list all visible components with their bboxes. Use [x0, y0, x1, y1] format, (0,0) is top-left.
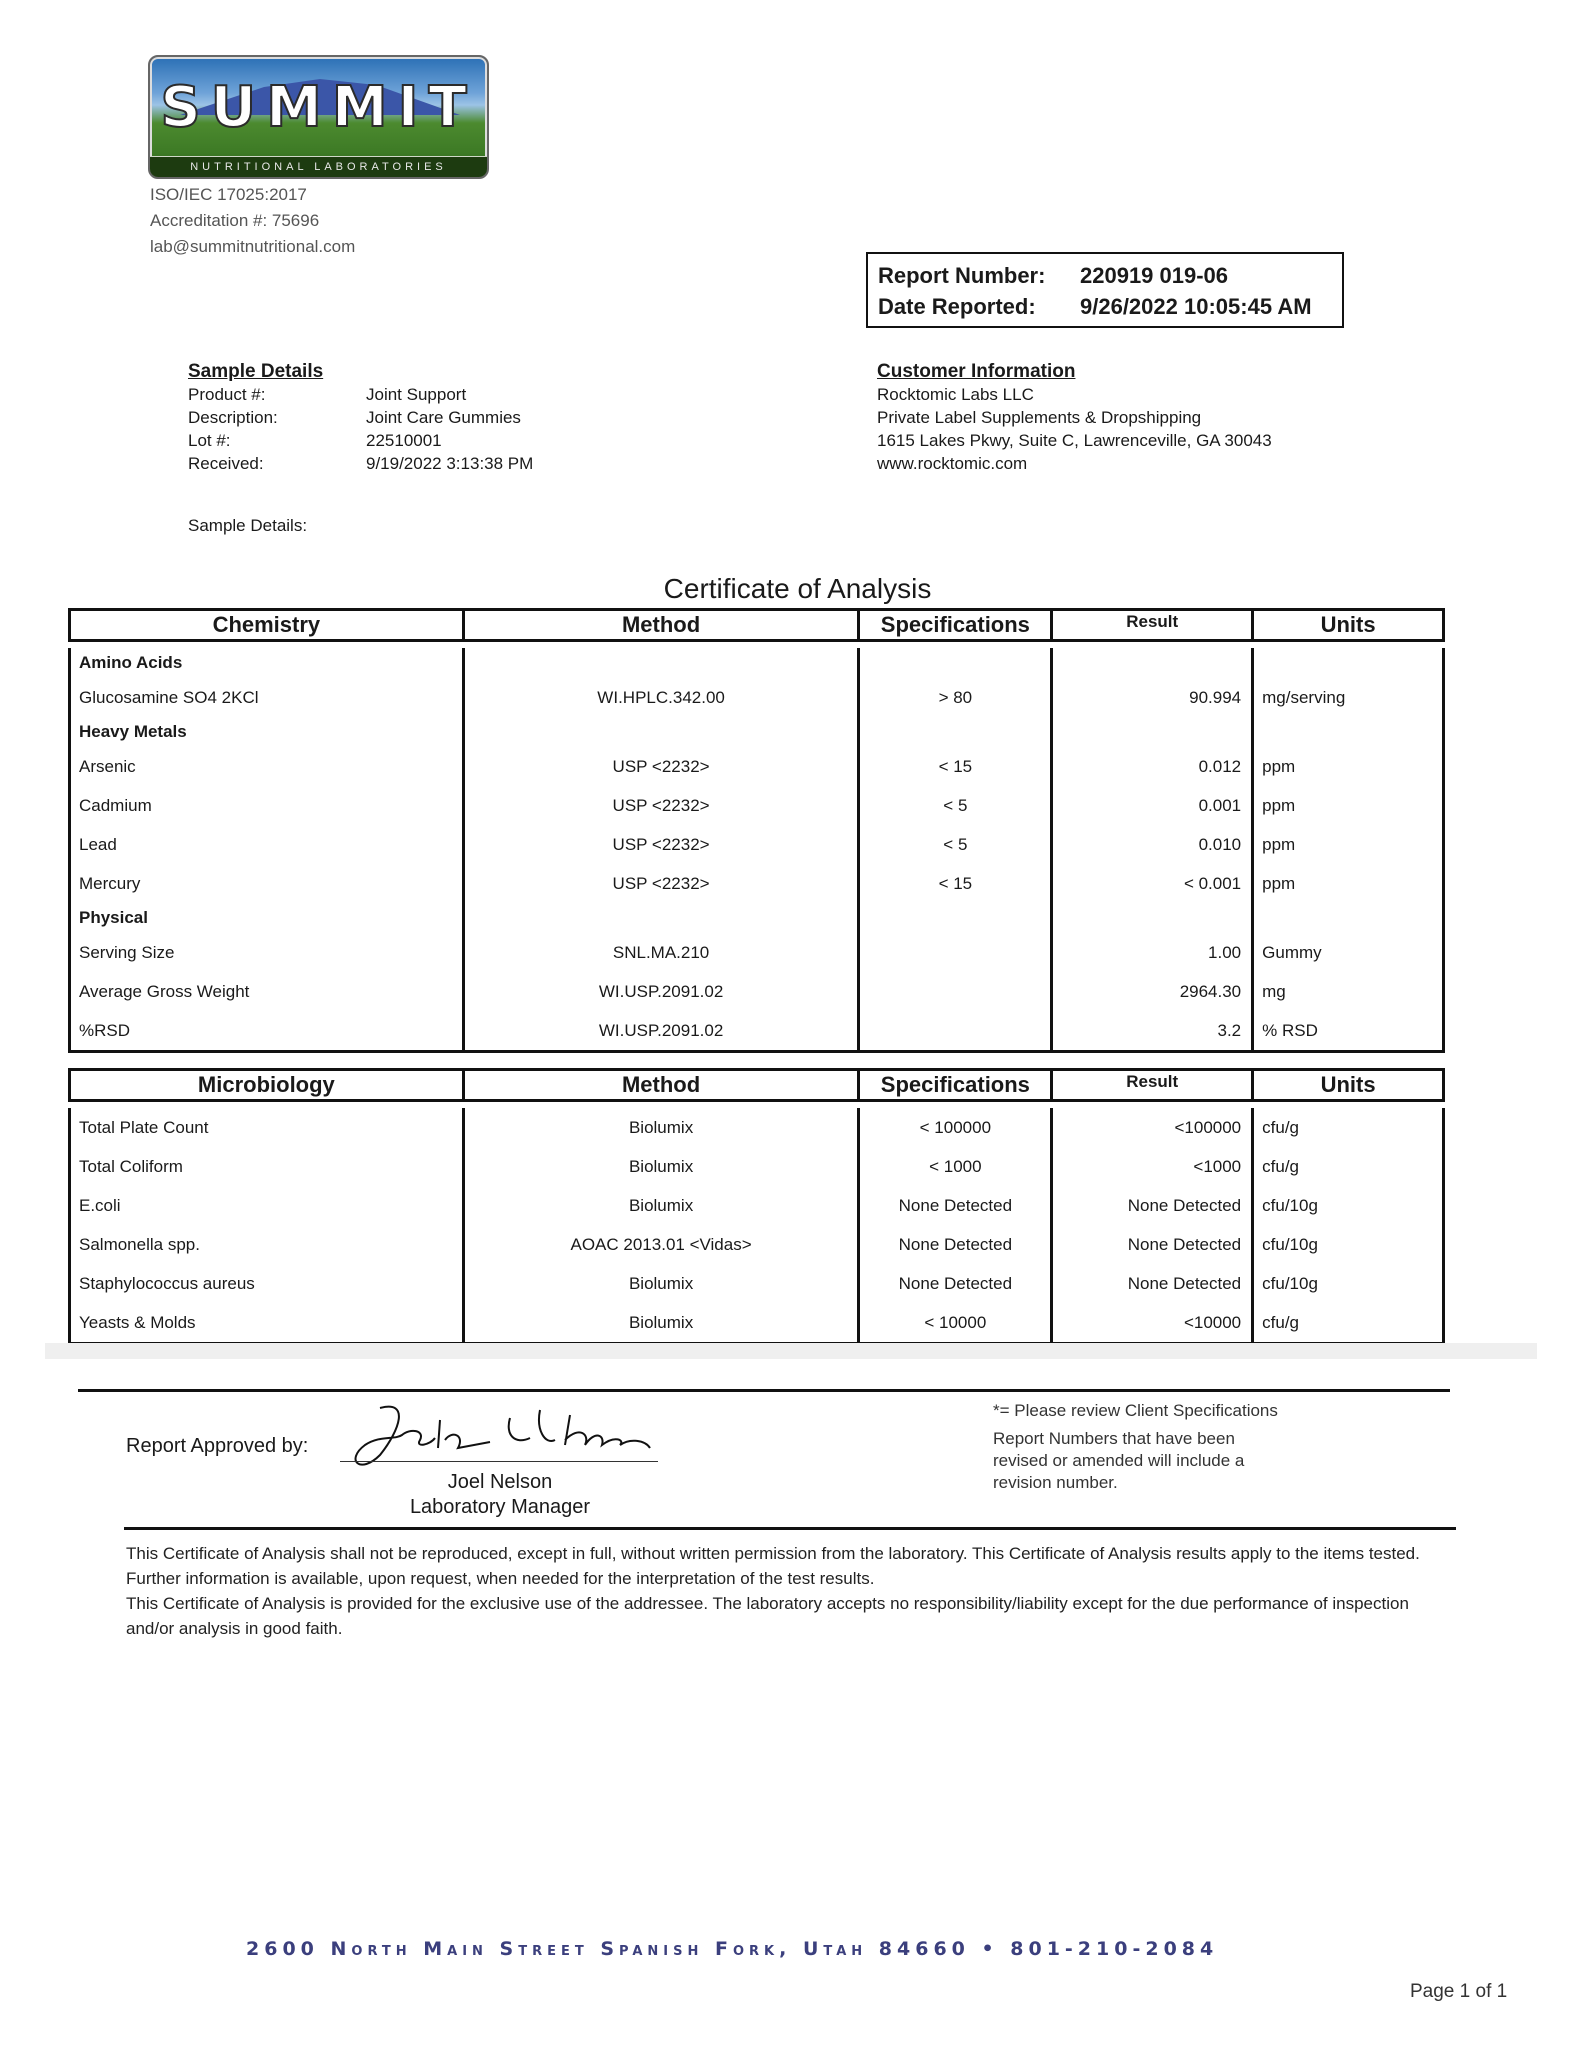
method: USP <2232> — [463, 864, 859, 903]
table-row: Serving Size SNL.MA.210 1.00 Gummy — [70, 933, 1444, 972]
certificate-title: Certificate of Analysis — [0, 573, 1583, 605]
sample-field-value: Joint Care Gummies — [366, 406, 521, 429]
sample-field: Received:9/19/2022 3:13:38 PM — [188, 452, 533, 475]
analyte: Staphylococcus aureus — [70, 1264, 464, 1303]
units: mg/serving — [1253, 678, 1444, 717]
analyte: Arsenic — [70, 747, 464, 786]
header-units: Units — [1253, 610, 1444, 641]
sample-details-title: Sample Details — [188, 360, 533, 383]
result: < 0.001 — [1052, 864, 1253, 903]
method: WI.HPLC.342.00 — [463, 678, 859, 717]
method: Biolumix — [463, 1147, 859, 1186]
specification: None Detected — [859, 1264, 1052, 1303]
method: AOAC 2013.01 <Vidas> — [463, 1225, 859, 1264]
method: Biolumix — [463, 1186, 859, 1225]
analyte: %RSD — [70, 1011, 464, 1052]
signature-line — [340, 1461, 658, 1462]
specification: < 15 — [859, 864, 1052, 903]
client-spec-note: *= Please review Client Specifications — [993, 1400, 1283, 1422]
customer-line: Rocktomic Labs LLC — [877, 383, 1272, 406]
table-row: Arsenic USP <2232> < 15 0.012 ppm — [70, 747, 1444, 786]
result: <1000 — [1052, 1147, 1253, 1186]
header-method: Method — [463, 1070, 859, 1101]
specification: < 5 — [859, 825, 1052, 864]
revision-note: Report Numbers that have been revised or… — [993, 1428, 1283, 1494]
specification — [859, 1011, 1052, 1052]
table-row: E.coli Biolumix None Detected None Detec… — [70, 1186, 1444, 1225]
method: WI.USP.2091.02 — [463, 972, 859, 1011]
units: cfu/g — [1253, 1303, 1444, 1344]
specification: < 1000 — [859, 1147, 1052, 1186]
result: None Detected — [1052, 1225, 1253, 1264]
method: SNL.MA.210 — [463, 933, 859, 972]
summit-logo: SUMMIT NUTRITIONAL LABORATORIES — [148, 55, 489, 179]
result: <10000 — [1052, 1303, 1253, 1344]
result: <100000 — [1052, 1108, 1253, 1147]
specification: < 5 — [859, 786, 1052, 825]
signature-icon — [340, 1400, 660, 1475]
signer-title: Laboratory Manager — [340, 1495, 660, 1520]
table-row: Average Gross Weight WI.USP.2091.02 2964… — [70, 972, 1444, 1011]
chemistry-table: Chemistry Method Specifications Result U… — [68, 608, 1445, 1053]
header-specifications: Specifications — [859, 1070, 1052, 1101]
microbiology-table: Microbiology Method Specifications Resul… — [68, 1068, 1445, 1345]
analyte: Lead — [70, 825, 464, 864]
method: Biolumix — [463, 1264, 859, 1303]
units: cfu/g — [1253, 1147, 1444, 1186]
header-chemistry: Chemistry — [70, 610, 464, 641]
sample-field-label: Lot #: — [188, 429, 366, 452]
analyte: Glucosamine SO4 2KCl — [70, 678, 464, 717]
sample-field-label: Received: — [188, 452, 366, 475]
group-label: Physical — [70, 903, 464, 933]
page-number: Page 1 of 1 — [1410, 1981, 1507, 2003]
analyte: Mercury — [70, 864, 464, 903]
units: ppm — [1253, 825, 1444, 864]
specification: < 100000 — [859, 1108, 1052, 1147]
group-row: Physical — [70, 903, 1444, 933]
customer-line: 1615 Lakes Pkwy, Suite C, Lawrenceville,… — [877, 429, 1272, 452]
customer-info-title: Customer Information — [877, 360, 1272, 383]
group-row: Amino Acids — [70, 648, 1444, 678]
group-row: Heavy Metals — [70, 717, 1444, 747]
method: USP <2232> — [463, 786, 859, 825]
divider — [124, 1527, 1456, 1530]
sample-field-value: Joint Support — [366, 383, 466, 406]
report-number: 220919 019-06 — [1080, 260, 1228, 291]
specification: None Detected — [859, 1225, 1052, 1264]
report-info-box: Report Number:220919 019-06 Date Reporte… — [866, 252, 1344, 328]
sample-details-note: Sample Details: — [188, 516, 307, 536]
report-notes: *= Please review Client Specifications R… — [993, 1400, 1283, 1494]
table-row: Yeasts & Molds Biolumix < 10000 <10000 c… — [70, 1303, 1444, 1344]
header-specifications: Specifications — [859, 610, 1052, 641]
iso-accreditation: ISO/IEC 17025:2017 — [150, 182, 355, 208]
logo-tagline: NUTRITIONAL LABORATORIES — [150, 156, 487, 177]
result: 0.012 — [1052, 747, 1253, 786]
header-result: Result — [1052, 610, 1253, 641]
analyte: Average Gross Weight — [70, 972, 464, 1011]
specification: < 10000 — [859, 1303, 1052, 1344]
method: Biolumix — [463, 1303, 859, 1344]
approved-by-label: Report Approved by: — [126, 1435, 308, 1458]
result: 0.010 — [1052, 825, 1253, 864]
units: Gummy — [1253, 933, 1444, 972]
accreditation-number: Accreditation #: 75696 — [150, 208, 355, 234]
method: WI.USP.2091.02 — [463, 1011, 859, 1052]
group-label: Heavy Metals — [70, 717, 464, 747]
sample-field-label: Product #: — [188, 383, 366, 406]
sample-details: Sample Details Product #:Joint SupportDe… — [188, 360, 533, 475]
separator-band — [45, 1343, 1537, 1359]
signer-name: Joel Nelson — [340, 1470, 660, 1495]
header-method: Method — [463, 610, 859, 641]
method: USP <2232> — [463, 825, 859, 864]
report-number-label: Report Number: — [878, 260, 1080, 291]
table-row: Total Plate Count Biolumix < 100000 <100… — [70, 1108, 1444, 1147]
table-row: %RSD WI.USP.2091.02 3.2 % RSD — [70, 1011, 1444, 1052]
analyte: Cadmium — [70, 786, 464, 825]
specification: < 15 — [859, 747, 1052, 786]
method: Biolumix — [463, 1108, 859, 1147]
method: USP <2232> — [463, 747, 859, 786]
header-units: Units — [1253, 1070, 1444, 1101]
specification — [859, 933, 1052, 972]
units: mg — [1253, 972, 1444, 1011]
lab-info: ISO/IEC 17025:2017 Accreditation #: 7569… — [150, 182, 355, 260]
date-reported-label: Date Reported: — [878, 291, 1080, 322]
units: ppm — [1253, 864, 1444, 903]
units: cfu/10g — [1253, 1186, 1444, 1225]
units: cfu/10g — [1253, 1264, 1444, 1303]
group-label: Amino Acids — [70, 648, 464, 678]
table-row: Lead USP <2232> < 5 0.010 ppm — [70, 825, 1444, 864]
result: 3.2 — [1052, 1011, 1253, 1052]
sample-field: Lot #:22510001 — [188, 429, 533, 452]
logo-wordmark: SUMMIT — [150, 75, 487, 140]
sample-field-label: Description: — [188, 406, 366, 429]
header-microbiology: Microbiology — [70, 1070, 464, 1101]
result: None Detected — [1052, 1264, 1253, 1303]
specification: > 80 — [859, 678, 1052, 717]
table-row: Cadmium USP <2232> < 5 0.001 ppm — [70, 786, 1444, 825]
units: ppm — [1253, 786, 1444, 825]
customer-information: Customer Information Rocktomic Labs LLCP… — [877, 360, 1272, 475]
disclaimer: This Certificate of Analysis shall not b… — [126, 1541, 1456, 1641]
disclaimer-paragraph: This Certificate of Analysis shall not b… — [126, 1541, 1456, 1591]
sample-field: Description:Joint Care Gummies — [188, 406, 533, 429]
header-result: Result — [1052, 1070, 1253, 1101]
sample-field-value: 22510001 — [366, 429, 442, 452]
table-row: Staphylococcus aureus Biolumix None Dete… — [70, 1264, 1444, 1303]
date-reported: 9/26/2022 10:05:45 AM — [1080, 291, 1312, 322]
analyte: Salmonella spp. — [70, 1225, 464, 1264]
units: ppm — [1253, 747, 1444, 786]
units: % RSD — [1253, 1011, 1444, 1052]
analyte: E.coli — [70, 1186, 464, 1225]
units: cfu/10g — [1253, 1225, 1444, 1264]
result: 2964.30 — [1052, 972, 1253, 1011]
analyte: Total Coliform — [70, 1147, 464, 1186]
analyte: Serving Size — [70, 933, 464, 972]
specification — [859, 972, 1052, 1011]
result: None Detected — [1052, 1186, 1253, 1225]
disclaimer-paragraph: This Certificate of Analysis is provided… — [126, 1591, 1456, 1641]
table-row: Total Coliform Biolumix < 1000 <1000 cfu… — [70, 1147, 1444, 1186]
specification: None Detected — [859, 1186, 1052, 1225]
lab-email: lab@summitnutritional.com — [150, 234, 355, 260]
signer: Joel Nelson Laboratory Manager — [340, 1470, 660, 1520]
table-row: Mercury USP <2232> < 15 < 0.001 ppm — [70, 864, 1444, 903]
sample-field-value: 9/19/2022 3:13:38 PM — [366, 452, 533, 475]
analyte: Total Plate Count — [70, 1108, 464, 1147]
result: 1.00 — [1052, 933, 1253, 972]
lab-address: 2600 North Main Street Spanish Fork, Uta… — [246, 1938, 1218, 1960]
customer-line: Private Label Supplements & Dropshipping — [877, 406, 1272, 429]
sample-field: Product #:Joint Support — [188, 383, 533, 406]
table-row: Salmonella spp. AOAC 2013.01 <Vidas> Non… — [70, 1225, 1444, 1264]
table-row: Glucosamine SO4 2KCl WI.HPLC.342.00 > 80… — [70, 678, 1444, 717]
analyte: Yeasts & Molds — [70, 1303, 464, 1344]
customer-line: www.rocktomic.com — [877, 452, 1272, 475]
units: cfu/g — [1253, 1108, 1444, 1147]
divider — [78, 1389, 1450, 1392]
result: 0.001 — [1052, 786, 1253, 825]
result: 90.994 — [1052, 678, 1253, 717]
